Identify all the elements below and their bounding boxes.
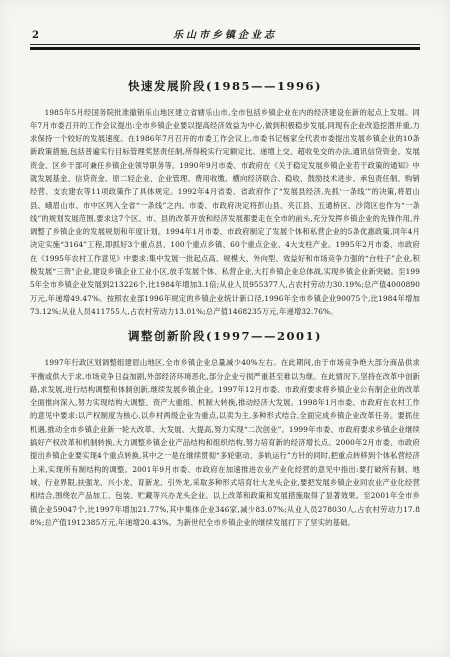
- section-rapid-development: 快速发展阶段(1985——1996) 1985年5月经国务院批准撤销乐山地区建立…: [30, 78, 420, 319]
- page-number: 2: [32, 30, 39, 41]
- header-rule-thin: [30, 44, 420, 45]
- book-page: 2 乐山市乡镇企业志 快速发展阶段(1985——1996) 1985年5月经国务…: [0, 0, 450, 657]
- section-heading-rapid-development: 快速发展阶段(1985——1996): [30, 78, 420, 94]
- section-adjust-innovation: 调整创新阶段(1997——2001) 1997年行政区划调整组建眉山地区,全市乡…: [30, 328, 420, 529]
- section-heading-adjust-innovation: 调整创新阶段(1997——2001): [30, 328, 420, 344]
- header-rule-thick: [30, 47, 420, 50]
- section-paragraph-rapid-development: 1985年5月经国务院批准撤销乐山地区建立省辖乐山市,全市包括乡镇企业在内的经济…: [30, 106, 420, 319]
- page-header: 2 乐山市乡镇企业志: [30, 26, 420, 41]
- section-paragraph-adjust-innovation: 1997年行政区划调整组建眉山地区,全市乡镇企业总量减少40%左右。在此期间,由…: [30, 356, 420, 529]
- running-title: 乐山市乡镇企业志: [30, 26, 420, 41]
